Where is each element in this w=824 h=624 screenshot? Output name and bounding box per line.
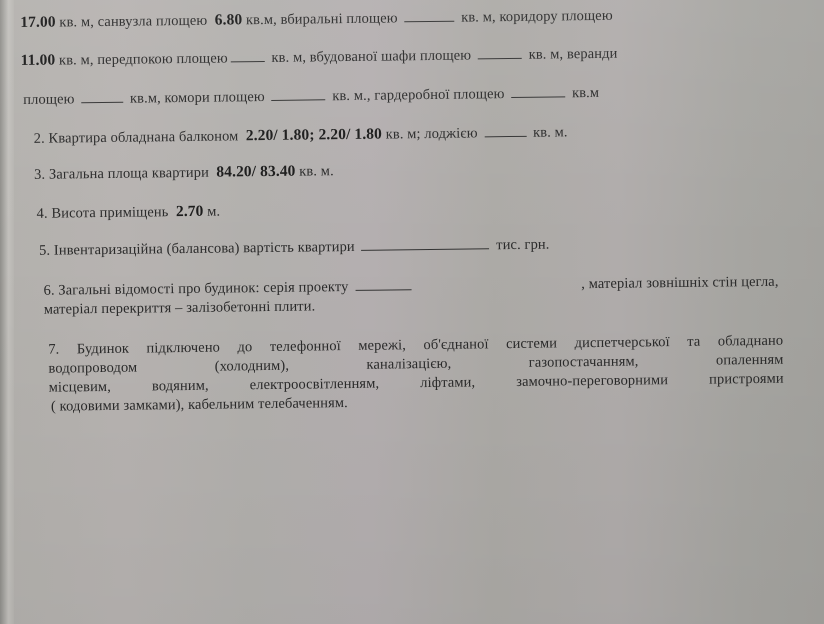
veranda-area-blank[interactable] <box>81 92 123 104</box>
room-area-value: 17.00 <box>20 14 56 31</box>
text: кв.м <box>572 85 599 101</box>
total-area-value: 84.20/ 83.40 <box>216 163 295 181</box>
text: кв. м, веранди <box>529 46 618 63</box>
room-areas-line-1: 17.00 кв. м, санвузла площею 6.80 кв.м, … <box>20 7 613 32</box>
project-series-blank[interactable] <box>355 279 411 291</box>
text: кв. м, санвузла площею <box>59 13 207 31</box>
text: тис. грн. <box>496 237 549 254</box>
built-in-wardrobe-area-blank[interactable] <box>478 48 522 60</box>
toilet-area-blank[interactable] <box>404 11 454 23</box>
text: кв. м. <box>299 163 334 179</box>
text: кв. м. <box>533 124 568 140</box>
text: кв. м; лоджією <box>386 125 478 142</box>
text: кв. м, коридору площею <box>461 8 613 26</box>
text: кв.м, комори площею <box>130 89 265 107</box>
text: кв. м., гардеробної площею <box>332 86 504 104</box>
storage-area-blank[interactable] <box>271 89 325 101</box>
wall-material-text: , матеріал зовнішніх стін цегла, <box>581 274 779 293</box>
ceiling-height-label: 4. Висота приміщень <box>37 204 169 222</box>
ceiling-height-value: 2.70 <box>176 203 204 220</box>
hallway-area-blank[interactable] <box>231 51 265 62</box>
item-ceiling-height: 4. Висота приміщень 2.70 м. <box>37 203 221 223</box>
inventory-value-label: 5. Інвентаризаційна (балансова) вартість… <box>39 239 355 259</box>
text: 6. Загальні відомості про будинок: серія… <box>43 279 348 299</box>
text: кв.м, вбиральні площею <box>246 10 398 28</box>
loggia-area-blank[interactable] <box>484 126 526 138</box>
text: кв. м, вбудованої шафи площею <box>271 47 471 65</box>
inventory-value-blank[interactable] <box>361 238 489 251</box>
bathroom-area-value: 6.80 <box>215 11 243 28</box>
item-total-area: 3. Загальна площа квартири 84.20/ 83.40 … <box>34 162 334 184</box>
dressing-room-area-blank[interactable] <box>511 86 565 98</box>
text: площею <box>23 91 74 108</box>
floor-material-text: матеріал перекриття – залізобетонні плит… <box>44 298 316 317</box>
corridor-area-value: 11.00 <box>21 52 56 69</box>
room-areas-line-3: площею кв.м, комори площею кв. м., гарде… <box>23 85 599 109</box>
item-building-info-line-2: матеріал перекриття – залізобетонні плит… <box>44 298 316 318</box>
room-areas-line-2: 11.00 кв. м, передпокою площею кв. м, вб… <box>21 45 618 70</box>
total-area-label: 3. Загальна площа квартири <box>34 165 209 183</box>
item-balcony: 2. Квартира обладнана балконом 2.20/ 1.8… <box>34 123 568 148</box>
item-inventory-value: 5. Інвентаризаційна (балансова) вартість… <box>39 237 550 260</box>
balcony-label: 2. Квартира обладнана балконом <box>34 128 239 146</box>
building-series-label: 6. Загальні відомості про будинок: серія… <box>43 278 414 300</box>
document-photo: 17.00 кв. м, санвузла площею 6.80 кв.м, … <box>0 0 824 624</box>
page-edge-shadow <box>0 0 14 624</box>
balcony-area-value: 2.20/ 1.80; 2.20/ 1.80 <box>246 126 382 145</box>
item-utilities-line-4: ( кодовими замками), кабельним телебачен… <box>51 395 348 416</box>
item-building-info-line-1: 6. Загальні відомості про будинок: серія… <box>43 274 778 300</box>
text: кв. м, передпокою площею <box>59 50 228 68</box>
text: м. <box>207 204 220 220</box>
